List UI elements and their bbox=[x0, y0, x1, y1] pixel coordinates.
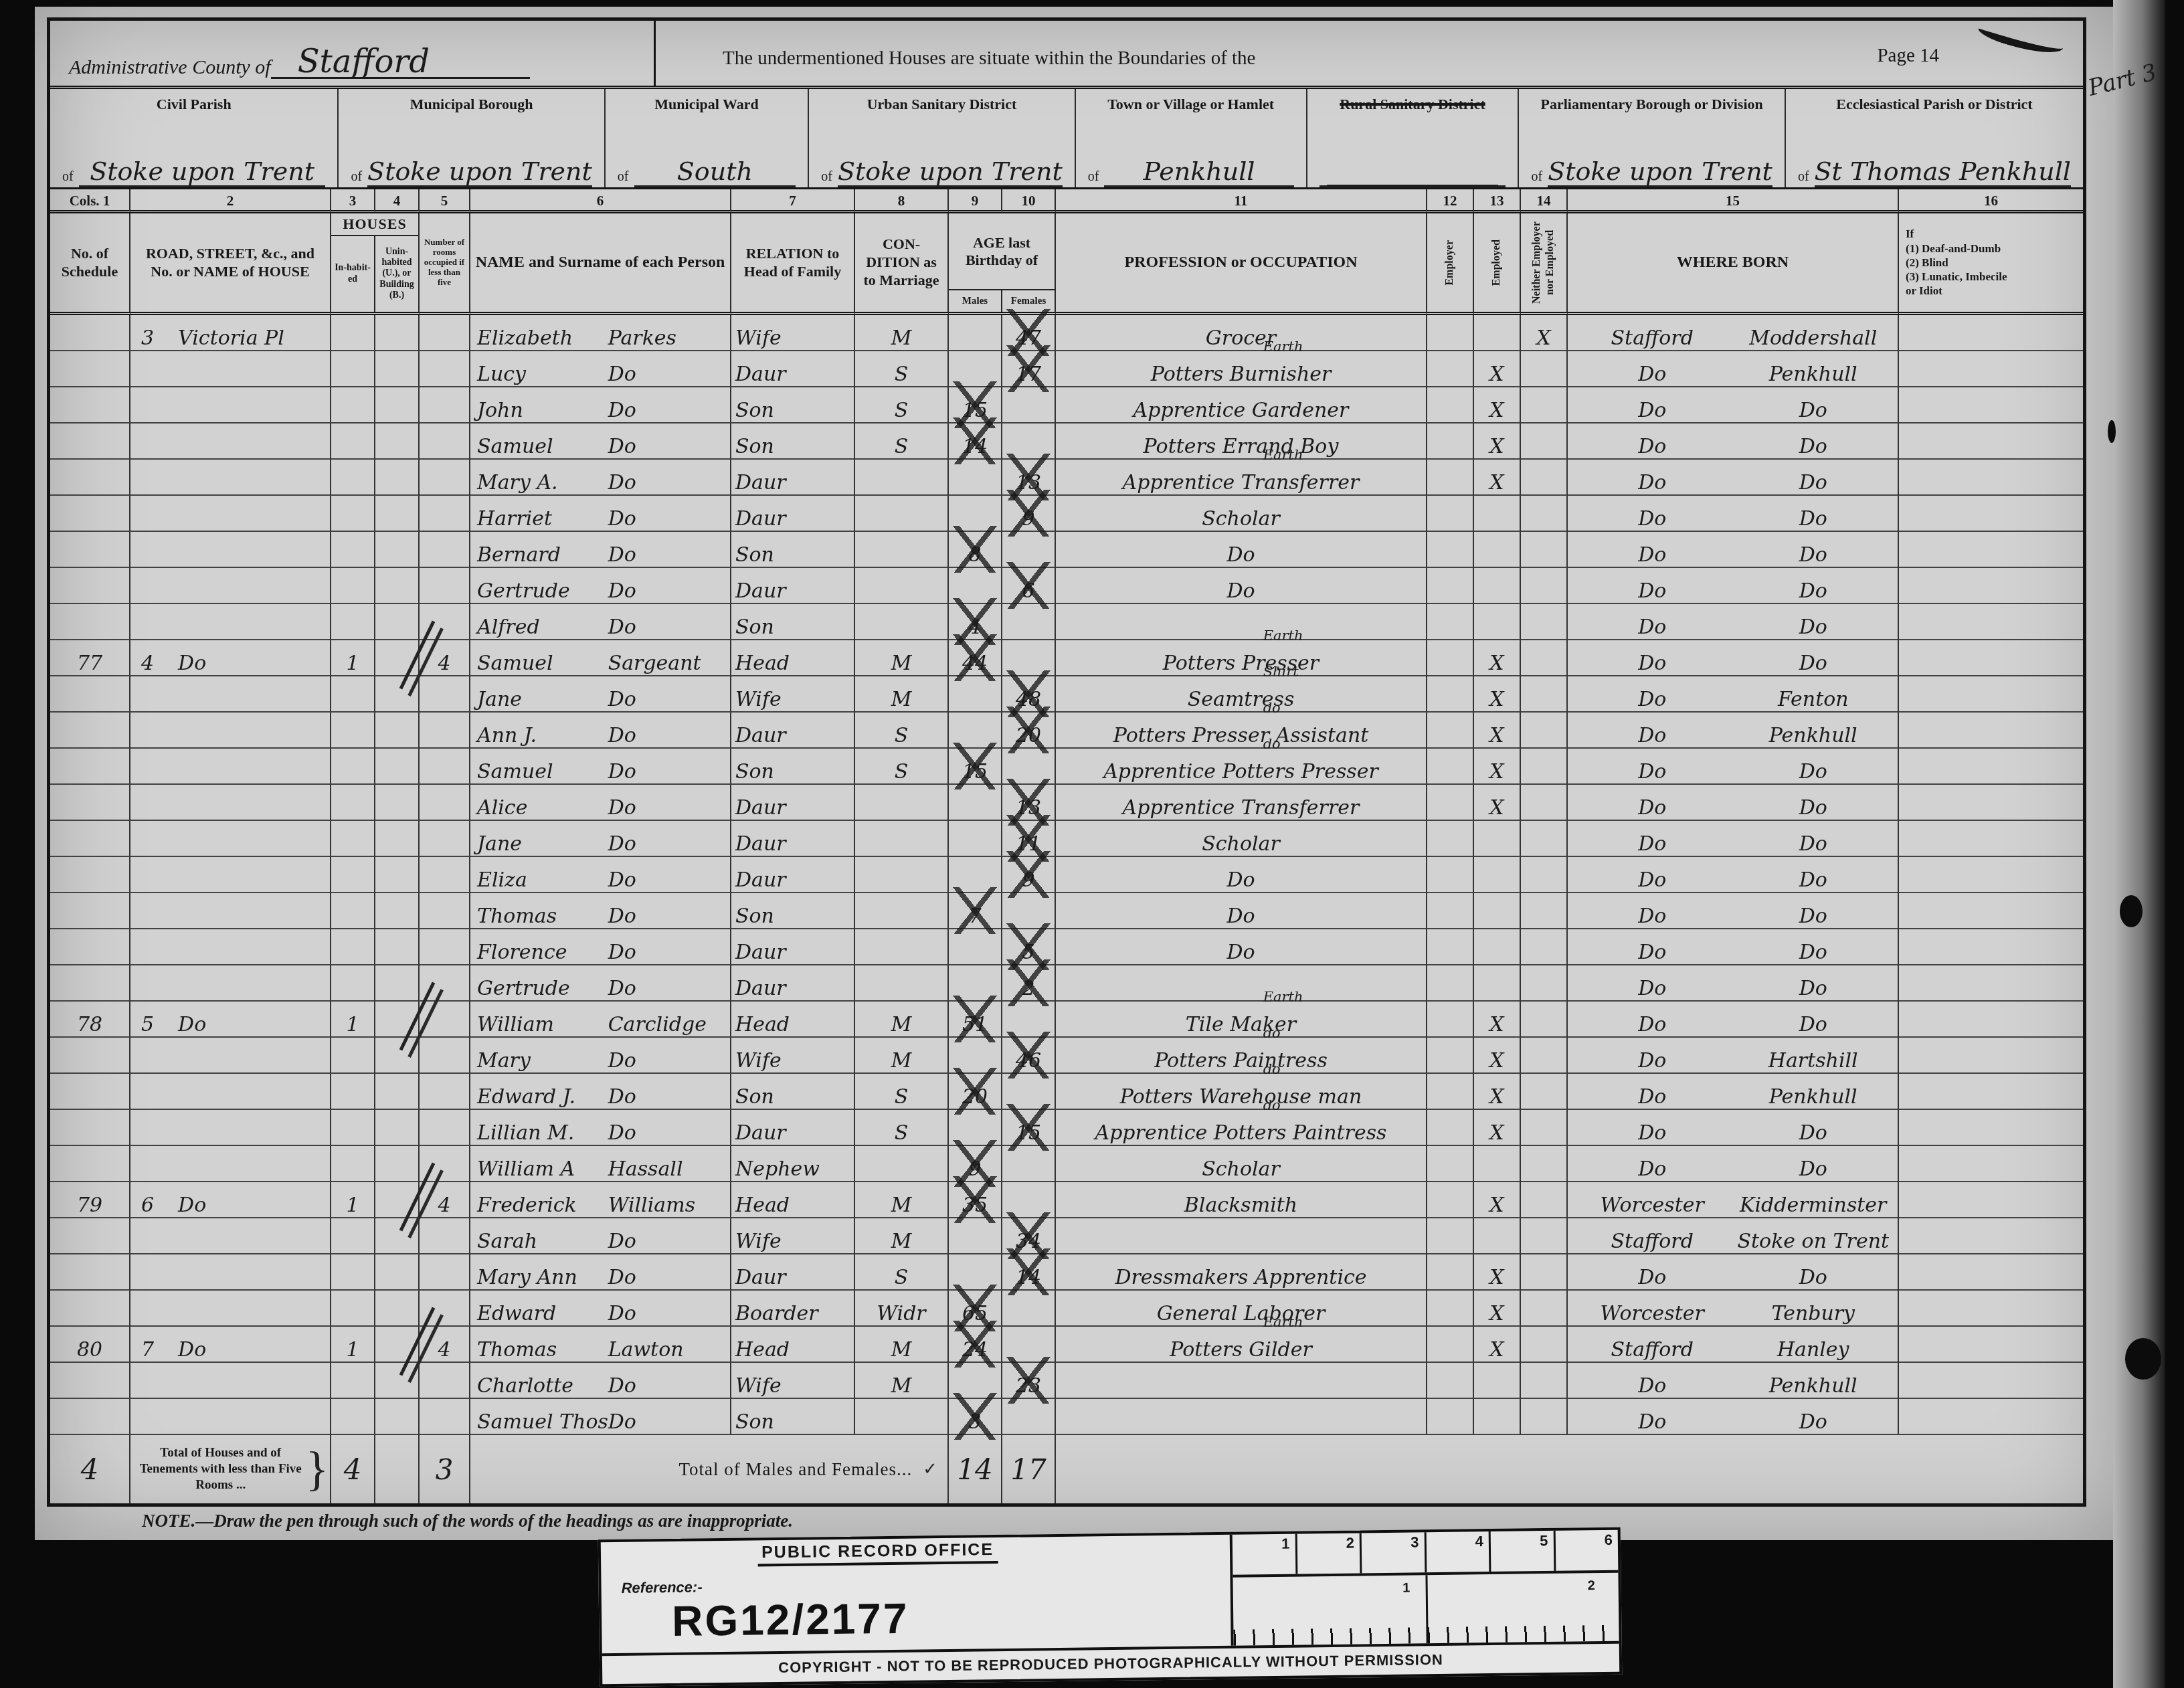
cell-inhabited bbox=[331, 1146, 375, 1182]
scan-artifact bbox=[2125, 1338, 2161, 1380]
cell-rooms bbox=[420, 1038, 470, 1074]
cell-inhabited bbox=[331, 965, 375, 1002]
cell-employer bbox=[1427, 1074, 1474, 1110]
cell-where-born: DoDo bbox=[1568, 749, 1899, 785]
cell-infirmity bbox=[1899, 460, 2083, 496]
cell-where-born: DoDo bbox=[1568, 1399, 1899, 1435]
col-num-1: Cols. 1 bbox=[50, 189, 130, 213]
cell-schedule bbox=[50, 749, 130, 785]
col-num-3: 3 bbox=[331, 189, 375, 213]
census-form: Administrative County of Stafford The un… bbox=[47, 17, 2086, 1507]
cell-rooms bbox=[420, 713, 470, 749]
cell-employed: X bbox=[1474, 387, 1521, 424]
cell-uninhabited bbox=[375, 604, 420, 640]
cell-road bbox=[130, 929, 331, 965]
cell-rooms: 4 bbox=[420, 1182, 470, 1218]
cell-rooms: 4 bbox=[420, 640, 470, 676]
cell-relation: Wife bbox=[731, 1038, 855, 1074]
cell-occupation: Do bbox=[1056, 857, 1427, 893]
cell-where-born: DoDo bbox=[1568, 496, 1899, 532]
cell-relation: Daur bbox=[731, 460, 855, 496]
cell-relation: Wife bbox=[731, 315, 855, 351]
cell-where-born: DoFenton bbox=[1568, 676, 1899, 713]
cell-infirmity bbox=[1899, 1254, 2083, 1291]
cell-rooms bbox=[420, 315, 470, 351]
cell-employed: X bbox=[1474, 1038, 1521, 1074]
cell-uninhabited bbox=[375, 1038, 420, 1074]
cell-rooms bbox=[420, 532, 470, 568]
cell-neither bbox=[1521, 893, 1568, 929]
page-number: Page 14 bbox=[1877, 45, 1939, 67]
cell-employer bbox=[1427, 1363, 1474, 1399]
cell-relation: Daur bbox=[731, 857, 855, 893]
cell-uninhabited bbox=[375, 1399, 420, 1435]
cell-condition: M bbox=[855, 1002, 949, 1038]
cell-schedule bbox=[50, 1254, 130, 1291]
cell-schedule bbox=[50, 532, 130, 568]
cell-schedule bbox=[50, 676, 130, 713]
cell-infirmity bbox=[1899, 315, 2083, 351]
cell-infirmity bbox=[1899, 893, 2083, 929]
cell-occupation bbox=[1056, 604, 1427, 640]
cell-condition bbox=[855, 532, 949, 568]
cell-age-female: 2 bbox=[1002, 965, 1056, 1002]
scan-edge bbox=[2113, 0, 2165, 1688]
cell-road: 6Do bbox=[130, 1182, 331, 1218]
cell-neither bbox=[1521, 1254, 1568, 1291]
cell-where-born: DoPenkhull bbox=[1568, 351, 1899, 387]
cell-condition: S bbox=[855, 387, 949, 424]
cell-employed bbox=[1474, 568, 1521, 604]
district-municipal-ward: Municipal Ward ofSouth bbox=[606, 89, 809, 187]
cell-condition bbox=[855, 965, 949, 1002]
cell-condition bbox=[855, 496, 949, 532]
cell-neither bbox=[1521, 1182, 1568, 1218]
cell-infirmity bbox=[1899, 785, 2083, 821]
cell-relation: Head bbox=[731, 640, 855, 676]
cell-occupation: Apprentice Gardener bbox=[1056, 387, 1427, 424]
total-uninhabited bbox=[375, 1435, 420, 1503]
cell-age-female: 15 bbox=[1002, 1110, 1056, 1146]
cell-condition: M bbox=[855, 315, 949, 351]
cell-name: GertrudeDo bbox=[470, 965, 731, 1002]
total-inhabited: 4 bbox=[331, 1435, 375, 1503]
cell-name: SarahDo bbox=[470, 1218, 731, 1254]
district-town-village: Town or Village or Hamlet ofPenkhull bbox=[1076, 89, 1307, 187]
cell-condition: S bbox=[855, 1110, 949, 1146]
pro-stamp: PUBLIC RECORD OFFICE Reference:- RG12/21… bbox=[598, 1527, 1623, 1687]
cell-employer bbox=[1427, 821, 1474, 857]
cell-rooms bbox=[420, 1002, 470, 1038]
cell-schedule bbox=[50, 1363, 130, 1399]
cell-age-female bbox=[1002, 387, 1056, 424]
cell-schedule bbox=[50, 496, 130, 532]
cell-age-male: 7 bbox=[949, 893, 1002, 929]
cell-relation: Boarder bbox=[731, 1291, 855, 1327]
cell-road bbox=[130, 1218, 331, 1254]
cell-employed bbox=[1474, 929, 1521, 965]
cell-infirmity bbox=[1899, 568, 2083, 604]
cell-condition bbox=[855, 929, 949, 965]
cell-condition bbox=[855, 785, 949, 821]
cell-relation: Daur bbox=[731, 496, 855, 532]
cell-age-female: 46 bbox=[1002, 1038, 1056, 1074]
cell-occupation: Potters Errand Boy bbox=[1056, 424, 1427, 460]
cell-employer bbox=[1427, 785, 1474, 821]
cell-occupation: SeamtressShirt bbox=[1056, 676, 1427, 713]
cell-where-born: DoDo bbox=[1568, 929, 1899, 965]
cell-rooms bbox=[420, 568, 470, 604]
cell-road bbox=[130, 1146, 331, 1182]
cell-road bbox=[130, 1074, 331, 1110]
cell-schedule bbox=[50, 893, 130, 929]
cell-rooms bbox=[420, 1074, 470, 1110]
cell-age-female: 20 bbox=[1002, 713, 1056, 749]
col-num-6: 6 bbox=[470, 189, 731, 213]
cell-uninhabited bbox=[375, 785, 420, 821]
cell-inhabited bbox=[331, 1363, 375, 1399]
cell-inhabited bbox=[331, 676, 375, 713]
cell-where-born: DoDo bbox=[1568, 460, 1899, 496]
cell-where-born: WorcesterTenbury bbox=[1568, 1291, 1899, 1327]
cell-name: HarrietDo bbox=[470, 496, 731, 532]
cell-employed bbox=[1474, 1363, 1521, 1399]
district-urban-sanitary: Urban Sanitary District ofStoke upon Tre… bbox=[809, 89, 1075, 187]
cell-employed bbox=[1474, 857, 1521, 893]
cell-infirmity bbox=[1899, 1363, 2083, 1399]
cell-age-female: 17 bbox=[1002, 351, 1056, 387]
cell-road bbox=[130, 1110, 331, 1146]
cell-uninhabited bbox=[375, 1218, 420, 1254]
col-header-age: AGE last Birthday of Males Females bbox=[949, 213, 1056, 315]
cell-name: AlfredDo bbox=[470, 604, 731, 640]
cell-where-born: DoDo bbox=[1568, 640, 1899, 676]
cell-age-male: 3 bbox=[949, 1399, 1002, 1435]
cell-road bbox=[130, 387, 331, 424]
cell-road bbox=[130, 1363, 331, 1399]
cell-employed bbox=[1474, 532, 1521, 568]
cell-employer bbox=[1427, 1218, 1474, 1254]
cell-inhabited bbox=[331, 713, 375, 749]
cell-road bbox=[130, 821, 331, 857]
cell-infirmity bbox=[1899, 1218, 2083, 1254]
cell-infirmity bbox=[1899, 749, 2083, 785]
cell-rooms bbox=[420, 351, 470, 387]
cell-where-born: DoDo bbox=[1568, 821, 1899, 857]
cell-inhabited bbox=[331, 460, 375, 496]
totals-row: 4 Total of Houses and of Tenements with … bbox=[50, 1435, 2083, 1503]
cell-inhabited bbox=[331, 424, 375, 460]
cell-name: Lillian M.Do bbox=[470, 1110, 731, 1146]
cell-where-born: DoPenkhull bbox=[1568, 713, 1899, 749]
cell-name: SamuelDo bbox=[470, 424, 731, 460]
cell-road: 5Do bbox=[130, 1002, 331, 1038]
cell-neither bbox=[1521, 749, 1568, 785]
cell-employed bbox=[1474, 496, 1521, 532]
cell-inhabited bbox=[331, 893, 375, 929]
cell-name: ThomasLawton bbox=[470, 1327, 731, 1363]
district-ecclesiastical: Ecclesiastical Parish or District ofSt T… bbox=[1786, 89, 2083, 187]
cell-neither bbox=[1521, 1002, 1568, 1038]
cell-condition bbox=[855, 568, 949, 604]
cell-rooms bbox=[420, 676, 470, 713]
cell-road bbox=[130, 604, 331, 640]
cell-infirmity bbox=[1899, 387, 2083, 424]
cell-infirmity bbox=[1899, 604, 2083, 640]
cell-employer bbox=[1427, 676, 1474, 713]
cell-relation: Son bbox=[731, 532, 855, 568]
cell-road bbox=[130, 460, 331, 496]
cell-inhabited bbox=[331, 1110, 375, 1146]
cell-employed bbox=[1474, 965, 1521, 1002]
cell-occupation bbox=[1056, 1363, 1427, 1399]
cell-where-born: DoDo bbox=[1568, 532, 1899, 568]
cell-schedule: 80 bbox=[50, 1327, 130, 1363]
cell-rooms bbox=[420, 821, 470, 857]
cell-age-male bbox=[949, 676, 1002, 713]
col-num-13: 13 bbox=[1474, 189, 1521, 213]
cell-name: ElizaDo bbox=[470, 857, 731, 893]
cell-name: CharlotteDo bbox=[470, 1363, 731, 1399]
cell-inhabited bbox=[331, 604, 375, 640]
col-header-relation: RELATION to Head of Family bbox=[731, 213, 855, 315]
cell-rooms bbox=[420, 387, 470, 424]
cell-name: JohnDo bbox=[470, 387, 731, 424]
cell-road bbox=[130, 351, 331, 387]
cell-condition: M bbox=[855, 1038, 949, 1074]
scan-artifact bbox=[2108, 420, 2116, 443]
cell-occupation bbox=[1056, 1218, 1427, 1254]
cell-name: Samuel ThosDo bbox=[470, 1399, 731, 1435]
col-num-12: 12 bbox=[1427, 189, 1474, 213]
cell-uninhabited bbox=[375, 1291, 420, 1327]
cell-employer bbox=[1427, 604, 1474, 640]
cell-uninhabited bbox=[375, 749, 420, 785]
cell-neither bbox=[1521, 351, 1568, 387]
col-header-profession: PROFESSION or OCCUPATION bbox=[1056, 213, 1427, 315]
cell-condition: M bbox=[855, 1327, 949, 1363]
cell-occupation: Potters BurnisherEarth bbox=[1056, 351, 1427, 387]
cell-occupation: Dressmakers Apprentice bbox=[1056, 1254, 1427, 1291]
col-header-inhabited: In-habit-ed bbox=[331, 236, 375, 312]
cell-neither bbox=[1521, 532, 1568, 568]
cell-infirmity bbox=[1899, 424, 2083, 460]
cell-neither bbox=[1521, 1146, 1568, 1182]
col-header-condition: CON-DITION as to Marriage bbox=[855, 213, 949, 315]
cell-uninhabited bbox=[375, 1110, 420, 1146]
cell-employer bbox=[1427, 460, 1474, 496]
cell-employed: X bbox=[1474, 351, 1521, 387]
cell-schedule bbox=[50, 568, 130, 604]
cell-inhabited bbox=[331, 387, 375, 424]
total-females: 17 bbox=[1002, 1435, 1056, 1503]
cell-employed bbox=[1474, 1218, 1521, 1254]
cell-uninhabited bbox=[375, 460, 420, 496]
cell-schedule bbox=[50, 1146, 130, 1182]
cell-where-born: DoDo bbox=[1568, 893, 1899, 929]
cell-age-male bbox=[949, 929, 1002, 965]
cell-where-born: DoDo bbox=[1568, 604, 1899, 640]
cell-road bbox=[130, 532, 331, 568]
col-num-11: 11 bbox=[1056, 189, 1427, 213]
cell-uninhabited bbox=[375, 496, 420, 532]
cell-inhabited bbox=[331, 1218, 375, 1254]
cell-where-born: DoDo bbox=[1568, 387, 1899, 424]
cell-employed bbox=[1474, 1399, 1521, 1435]
stamp-ruler: 1 2 3 4 5 6 1 2 bbox=[1230, 1530, 1619, 1646]
cell-inhabited bbox=[331, 1399, 375, 1435]
cell-where-born: DoDo bbox=[1568, 1110, 1899, 1146]
cell-relation: Daur bbox=[731, 1254, 855, 1291]
cell-employer bbox=[1427, 1038, 1474, 1074]
cell-relation: Daur bbox=[731, 1110, 855, 1146]
cell-relation: Wife bbox=[731, 1218, 855, 1254]
col-num-5: 5 bbox=[420, 189, 470, 213]
col-header-infirmity: If (1) Deaf-and-Dumb (2) Blind (3) Lunat… bbox=[1899, 213, 2083, 315]
cell-occupation: Apprentice Potters Paintressdo bbox=[1056, 1110, 1427, 1146]
cell-neither bbox=[1521, 821, 1568, 857]
cell-occupation: Tile MakerEarth bbox=[1056, 1002, 1427, 1038]
cell-name: SamuelSargeant bbox=[470, 640, 731, 676]
cell-condition: Widr bbox=[855, 1291, 949, 1327]
cell-name: William AHassall bbox=[470, 1146, 731, 1182]
cell-employed: X bbox=[1474, 713, 1521, 749]
cell-schedule bbox=[50, 315, 130, 351]
cell-name: Edward J.Do bbox=[470, 1074, 731, 1110]
cell-neither bbox=[1521, 1110, 1568, 1146]
cell-rooms bbox=[420, 1399, 470, 1435]
cell-rooms bbox=[420, 785, 470, 821]
cell-condition: M bbox=[855, 640, 949, 676]
cell-inhabited bbox=[331, 929, 375, 965]
cell-age-female bbox=[1002, 1146, 1056, 1182]
cell-age-female bbox=[1002, 1399, 1056, 1435]
cell-where-born: DoDo bbox=[1568, 785, 1899, 821]
cell-employed: X bbox=[1474, 1182, 1521, 1218]
cell-neither bbox=[1521, 1363, 1568, 1399]
cell-inhabited bbox=[331, 1074, 375, 1110]
cell-inhabited: 1 bbox=[331, 640, 375, 676]
cell-uninhabited bbox=[375, 351, 420, 387]
cell-name: ElizabethParkes bbox=[470, 315, 731, 351]
cell-uninhabited bbox=[375, 1146, 420, 1182]
cell-name: MaryDo bbox=[470, 1038, 731, 1074]
column-numbers: Cols. 1 2 3 4 5 6 7 8 9 10 11 12 13 14 1… bbox=[50, 189, 2083, 213]
cell-employer bbox=[1427, 387, 1474, 424]
col-header-uninhabited: Unin-habited (U.), or Building (B.) bbox=[375, 236, 418, 312]
cell-neither bbox=[1521, 965, 1568, 1002]
total-schedule: 4 bbox=[50, 1435, 130, 1503]
cell-employer bbox=[1427, 893, 1474, 929]
cell-employer bbox=[1427, 929, 1474, 965]
cell-condition: M bbox=[855, 1363, 949, 1399]
cell-name: Mary A.Do bbox=[470, 460, 731, 496]
cell-condition bbox=[855, 1399, 949, 1435]
cell-relation: Head bbox=[731, 1182, 855, 1218]
cell-occupation: Potters Presser Assistantdo bbox=[1056, 713, 1427, 749]
cell-condition bbox=[855, 460, 949, 496]
cell-inhabited: 1 bbox=[331, 1182, 375, 1218]
cell-condition bbox=[855, 604, 949, 640]
cell-employed bbox=[1474, 821, 1521, 857]
cell-age-male: 24 bbox=[949, 1327, 1002, 1363]
cell-road bbox=[130, 424, 331, 460]
cell-neither bbox=[1521, 460, 1568, 496]
cell-employer bbox=[1427, 749, 1474, 785]
cell-where-born: StaffordHanley bbox=[1568, 1327, 1899, 1363]
cell-infirmity bbox=[1899, 532, 2083, 568]
cell-employed: X bbox=[1474, 1291, 1521, 1327]
cell-relation: Daur bbox=[731, 821, 855, 857]
cell-relation: Son bbox=[731, 604, 855, 640]
cell-schedule bbox=[50, 857, 130, 893]
col-num-16: 16 bbox=[1899, 189, 2083, 213]
cell-infirmity bbox=[1899, 857, 2083, 893]
cell-schedule bbox=[50, 1110, 130, 1146]
cell-schedule: 78 bbox=[50, 1002, 130, 1038]
cell-where-born: DoDo bbox=[1568, 424, 1899, 460]
cell-inhabited bbox=[331, 1254, 375, 1291]
cell-employed: X bbox=[1474, 1074, 1521, 1110]
cell-employed bbox=[1474, 1146, 1521, 1182]
cell-rooms bbox=[420, 1254, 470, 1291]
cell-condition bbox=[855, 821, 949, 857]
cell-rooms bbox=[420, 460, 470, 496]
cell-rooms bbox=[420, 1110, 470, 1146]
col-header-employer: Employer bbox=[1427, 213, 1474, 315]
cell-condition: M bbox=[855, 1182, 949, 1218]
cell-condition bbox=[855, 1146, 949, 1182]
cell-neither bbox=[1521, 929, 1568, 965]
cell-occupation: Scholar bbox=[1056, 1146, 1427, 1182]
cell-schedule bbox=[50, 1399, 130, 1435]
cell-condition: M bbox=[855, 1218, 949, 1254]
cell-schedule bbox=[50, 1291, 130, 1327]
cell-name: GertrudeDo bbox=[470, 568, 731, 604]
col-header-road: ROAD, STREET, &c., and No. or NAME of HO… bbox=[130, 213, 331, 315]
cell-schedule bbox=[50, 460, 130, 496]
cell-inhabited bbox=[331, 496, 375, 532]
cell-condition: S bbox=[855, 749, 949, 785]
cell-uninhabited bbox=[375, 893, 420, 929]
cell-where-born: DoDo bbox=[1568, 1254, 1899, 1291]
cell-neither bbox=[1521, 1327, 1568, 1363]
cell-occupation: Potters GilderEarth bbox=[1056, 1327, 1427, 1363]
cell-road bbox=[130, 568, 331, 604]
column-headers: No. of Schedule ROAD, STREET, &c., and N… bbox=[50, 213, 2083, 315]
cell-inhabited bbox=[331, 821, 375, 857]
cell-name: FrederickWilliams bbox=[470, 1182, 731, 1218]
cell-occupation: Potters Paintressdo bbox=[1056, 1038, 1427, 1074]
cell-age-male bbox=[949, 315, 1002, 351]
cell-employed bbox=[1474, 604, 1521, 640]
cell-employer bbox=[1427, 568, 1474, 604]
cell-uninhabited bbox=[375, 315, 420, 351]
cell-occupation: Blacksmith bbox=[1056, 1182, 1427, 1218]
cell-age-male: 20 bbox=[949, 1074, 1002, 1110]
cell-occupation: Scholar bbox=[1056, 496, 1427, 532]
cell-infirmity bbox=[1899, 1146, 2083, 1182]
cell-age-male: 35 bbox=[949, 1182, 1002, 1218]
brace-glyph: } bbox=[305, 1450, 329, 1489]
cell-neither bbox=[1521, 604, 1568, 640]
cell-where-born: DoDo bbox=[1568, 1002, 1899, 1038]
cell-employed: X bbox=[1474, 1254, 1521, 1291]
cell-age-female bbox=[1002, 604, 1056, 640]
col-num-7: 7 bbox=[731, 189, 855, 213]
district-municipal-borough: Municipal Borough ofStoke upon Trent bbox=[339, 89, 605, 187]
cell-infirmity bbox=[1899, 676, 2083, 713]
